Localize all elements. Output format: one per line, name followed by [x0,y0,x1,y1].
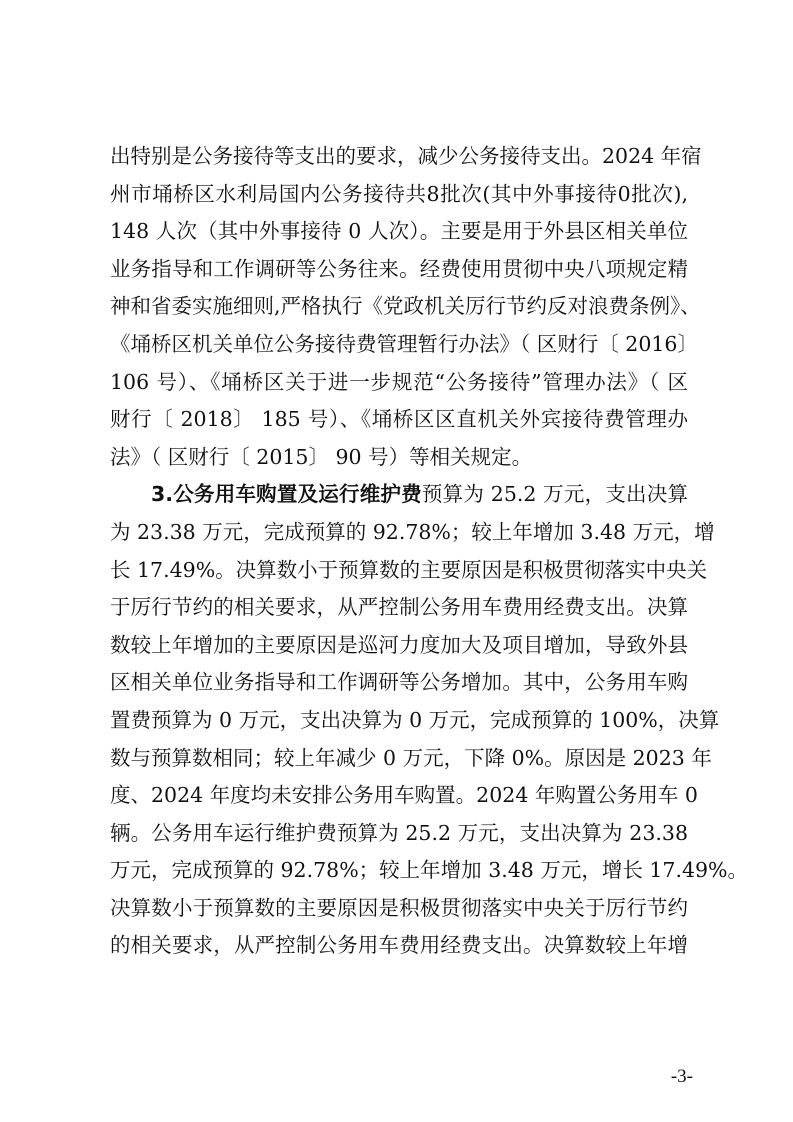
paragraph-line: 法》（ 区财行〔 2015〕 90 号）等相关规定。 [110,439,688,477]
paragraph-line: 区相关单位业务指导和工作调研等公务增加。其中，公务用车购 [110,664,688,702]
section-3-first-line-text: 预算为 25.2 万元，支出决算 [422,482,688,506]
paragraph-line: 为 23.38 万元，完成预算的 92.78%；较上年增加 3.48 万元，增 [110,514,688,552]
paragraph-line: 数与预算数相同；较上年减少 0 万元，下降 0%。原因是 2023 年 [110,740,688,778]
page-number: -3- [671,1066,693,1088]
document-page: 出特别是公务接待等支出的要求，减少公务接待支出。2024 年宿 州市埇桥区水利局… [0,0,793,1122]
paragraph-line: 决算数小于预算数的主要原因是积极贯彻落实中央关于厉行节约 [110,890,688,928]
paragraph-line: 出特别是公务接待等支出的要求，减少公务接待支出。2024 年宿 [110,138,688,176]
paragraph-line: 148 人次（其中外事接待 0 人次）。主要是用于外县区相关单位 [110,213,688,251]
paragraph-line: 度、2024 年度均未安排公务用车购置。2024 年购置公务用车 0 [110,777,688,815]
paragraph-line: 长 17.49%。决算数小于预算数的主要原因是积极贯彻落实中央关 [110,552,688,590]
paragraph-line: 业务指导和工作调研等公务往来。经费使用贯彻中央八项规定精 [110,251,688,289]
paragraph-line: 辆。公务用车运行维护费预算为 25.2 万元，支出决算为 23.38 [110,815,688,853]
paragraph-line: 《埇桥区机关单位公务接待费管理暂行办法》（ 区财行〔 2016〕 [110,326,688,364]
paragraph-line: 106 号）、《埇桥区关于进一步规范“公务接待”管理办法》（ 区 [110,364,688,402]
section-3-first-line: 3.公务用车购置及运行维护费预算为 25.2 万元，支出决算 [110,476,688,514]
section-3-heading: 3.公务用车购置及运行维护费 [151,482,422,506]
paragraph-line: 万元，完成预算的 92.78%；较上年增加 3.48 万元，增长 17.49%。 [110,852,688,890]
paragraph-line: 财行〔 2018〕 185 号）、《埇桥区区直机关外宾接待费管理办 [110,401,688,439]
paragraph-line: 置费预算为 0 万元，支出决算为 0 万元，完成预算的 100%，决算 [110,702,688,740]
paragraph-line: 数较上年增加的主要原因是巡河力度加大及项目增加，导致外县 [110,627,688,665]
paragraph-line: 神和省委实施细则,严格执行《党政机关厉行节约反对浪费条例》、 [110,288,688,326]
paragraph-line: 州市埇桥区水利局国内公务接待共8批次(其中外事接待0批次), [110,176,688,214]
body-text: 出特别是公务接待等支出的要求，减少公务接待支出。2024 年宿 州市埇桥区水利局… [110,138,688,965]
paragraph-line: 于厉行节约的相关要求，从严控制公务用车费用经费支出。决算 [110,589,688,627]
paragraph-line: 的相关要求，从严控制公务用车费用经费支出。决算数较上年增 [110,927,688,965]
